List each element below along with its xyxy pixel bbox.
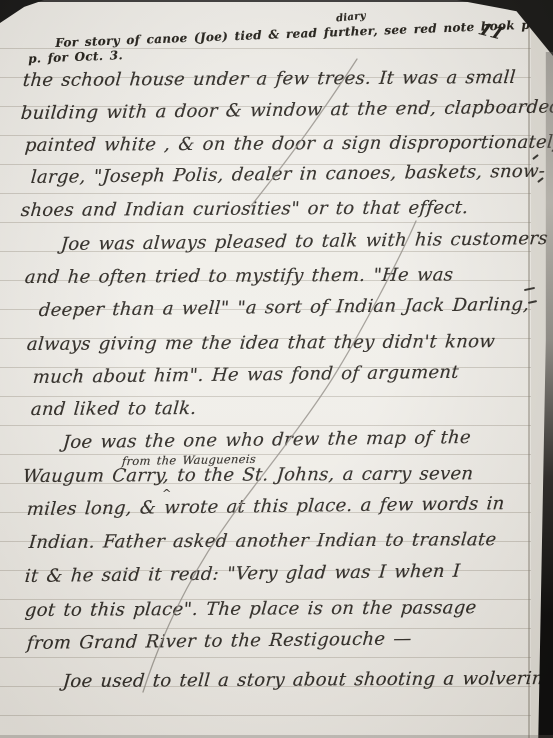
manuscript-line: Waugum Carry, to the St. Johns, a carry … <box>22 463 474 487</box>
manuscript-line: the school house under a few trees. It w… <box>22 67 516 91</box>
manuscript-line: shoes and Indian curiosities" or to that… <box>20 197 469 221</box>
header-annotation-superscript: diary <box>336 10 367 24</box>
manuscript-line: always giving me the idea that they didn… <box>26 331 496 355</box>
corner-artifact-top-left <box>0 0 44 23</box>
manuscript-line: painted white , & on the door a sign dis… <box>24 132 553 156</box>
top-edge-shadow <box>0 0 470 2</box>
manuscript-line: got to this place". The place is on the … <box>24 597 477 621</box>
manuscript-line: and he often tried to mystify them. "He … <box>24 264 454 288</box>
manuscript-line: and liked to talk. <box>30 398 197 420</box>
manuscript-scan-page: For story of canoe (Joe) tied & read fur… <box>0 0 553 738</box>
manuscript-line: Joe used to tell a story about shooting … <box>62 668 553 692</box>
manuscript-line: Indian. Father asked another Indian to t… <box>28 529 497 553</box>
